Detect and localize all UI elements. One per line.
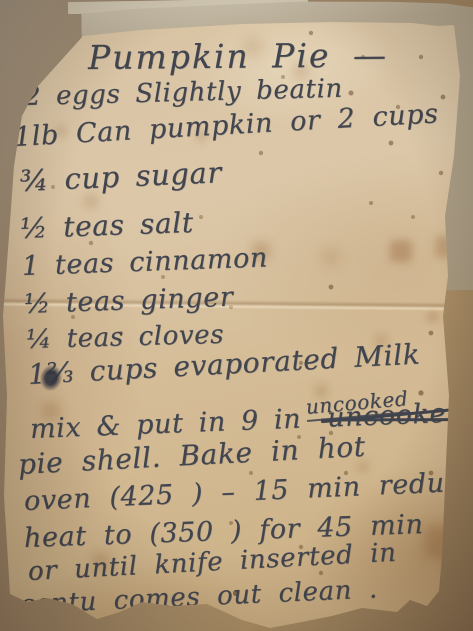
recipe-paper: Pumpkin Pie — 2 eggs Slightly beatin 1lb… [2, 16, 466, 628]
recipe-photo: Pumpkin Pie — 2 eggs Slightly beatin 1lb… [0, 0, 473, 631]
line-salt: ½ teas salt [19, 206, 194, 245]
line-cinnamon: 1 teas cinnamon [21, 242, 268, 282]
recipe-title: Pumpkin Pie — [88, 35, 388, 77]
line-ginger: ½ teas ginger [23, 282, 233, 320]
stain-blotches [2, 16, 4, 18]
foxing-spots-small [2, 16, 4, 18]
line-sugar: ¾ cup sugar [19, 155, 222, 198]
struck-out-word: uncooke [327, 398, 447, 434]
